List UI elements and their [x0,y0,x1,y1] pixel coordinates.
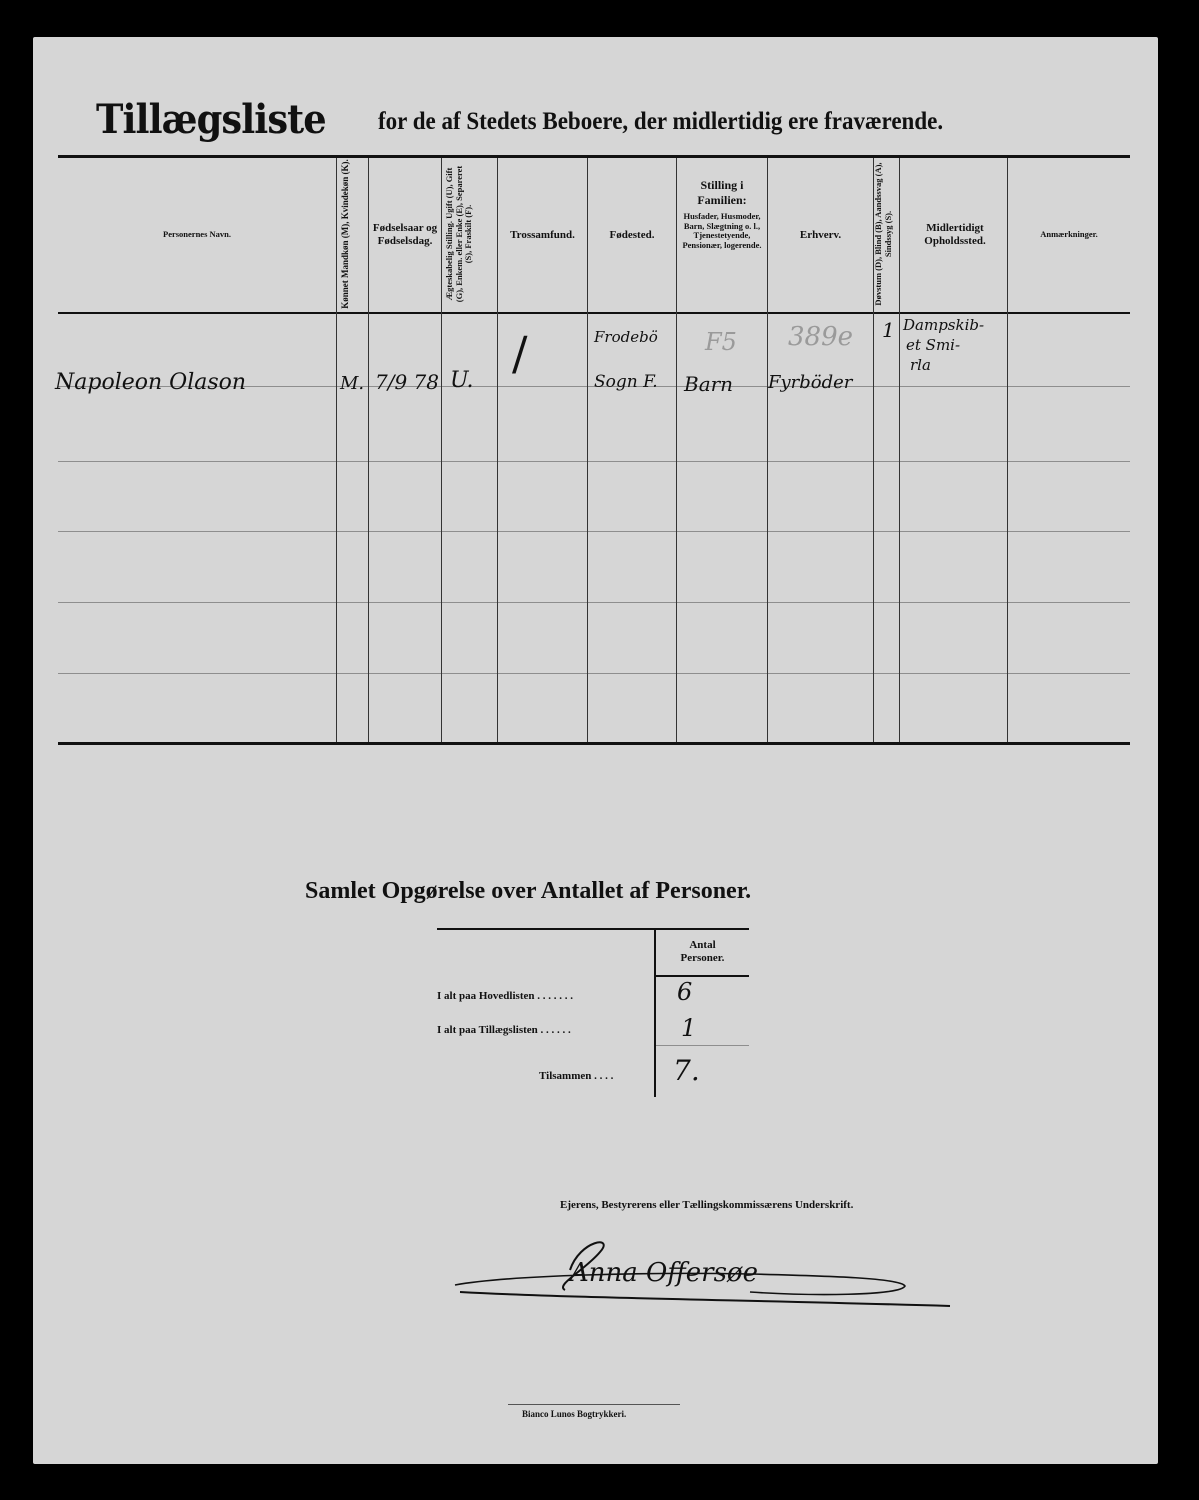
header-religion: Trossamfund. [498,158,587,312]
summary-value-tilsammen: 7. [673,1054,700,1087]
row-separator [58,602,1130,603]
row-separator [58,531,1130,532]
summary-column-header: Antal Personer. [656,932,749,972]
cell-occupation-annotation: 389e [788,322,853,352]
header-occupation: Erhverv. [768,158,873,312]
cell-family-position-annotation: F5 [705,328,737,356]
cell-religion: / [512,326,528,380]
summary-subtotal-rule [656,1045,749,1046]
cell-birthplace-line2: Sogn F. [594,372,658,392]
header-temp-residence: Midlertidigt Opholdssted. [905,158,1005,312]
cell-disability: 1 [882,318,895,342]
printer-credit: Bianco Lunos Bogtrykkeri. [522,1409,626,1419]
cell-birth: 7/9 78 [375,370,439,394]
printer-rule [508,1404,680,1405]
header-family-position-subtext: Husfader, Husmoder, Barn, Slægtning o. l… [679,212,765,250]
summary-column-header-line2: Personer. [681,952,725,965]
header-birth-label: Fødselsaar og Fødselsdag. [369,222,441,248]
summary-label-hovedlisten: I alt paa Hovedlisten . . . . . . . [437,990,573,1002]
summary-label-tilsammen: Tilsammen . . . . [539,1070,613,1082]
header-name: Personernes Navn. [58,158,336,312]
summary-value-hovedlisten: 6 [677,978,692,1006]
cell-birthplace-line1: Frodebö [594,328,658,346]
cell-temp-residence-line1: Dampskib- [903,316,984,334]
title-subtitle: for de af Stedets Beboere, der midlertid… [378,108,943,136]
summary-header-rule [656,975,749,977]
summary-label-tillaegslisten: I alt paa Tillægslisten . . . . . . [437,1024,571,1036]
form-title: Tillægsliste for de af Stedets Beboere, … [96,96,1106,142]
row-separator [58,673,1130,674]
summary-value-tillaegslisten: 1 [681,1014,696,1042]
header-birth: Fødselsaar og Fødselsdag. [369,158,441,312]
title-rest-bold: fraværende. [824,108,943,135]
table-bottom-rule [58,742,1130,745]
header-remarks: Anmærkninger. [1008,158,1130,312]
title-rest-plain: for de af Stedets Beboere, der midlertid… [378,108,818,135]
title-main: Tillægsliste [96,96,326,143]
cell-marital: U. [450,368,474,393]
header-marital: Ægteskabelig Stilling. Ugift (U), Gift (… [445,160,493,308]
column-divider [899,158,900,742]
header-birthplace: Fødested. [588,158,676,312]
signature-flourish [450,1230,960,1310]
cell-sex: M. [340,373,364,394]
header-family-position-title: Stilling i Familien: [692,178,752,208]
signature-label: Ejerens, Bestyrerens eller Tællingskommi… [560,1199,853,1211]
header-disability: Døvstum (D), Blind (B), Aandssvag (A), S… [874,160,898,308]
row-separator [58,461,1130,462]
cell-name: Napoleon Olason [55,370,246,395]
column-divider [336,158,337,742]
cell-temp-residence-line2: et Smi- [906,336,960,354]
table-header-rule [58,312,1130,314]
column-divider [441,158,442,742]
header-sex: Kønnet Mandkøn (M), Kvindekøn (K). [340,159,364,309]
summary-top-rule [437,928,749,930]
cell-family-position: Barn [684,372,733,396]
cell-temp-residence-line3: rla [910,356,931,374]
summary-title: Samlet Opgørelse over Antallet af Person… [305,878,885,905]
summary-column-header-line1: Antal [689,939,715,952]
cell-occupation: Fyrböder [768,372,852,393]
header-family-position: Stilling i Familien: Husfader, Husmoder,… [677,178,767,298]
